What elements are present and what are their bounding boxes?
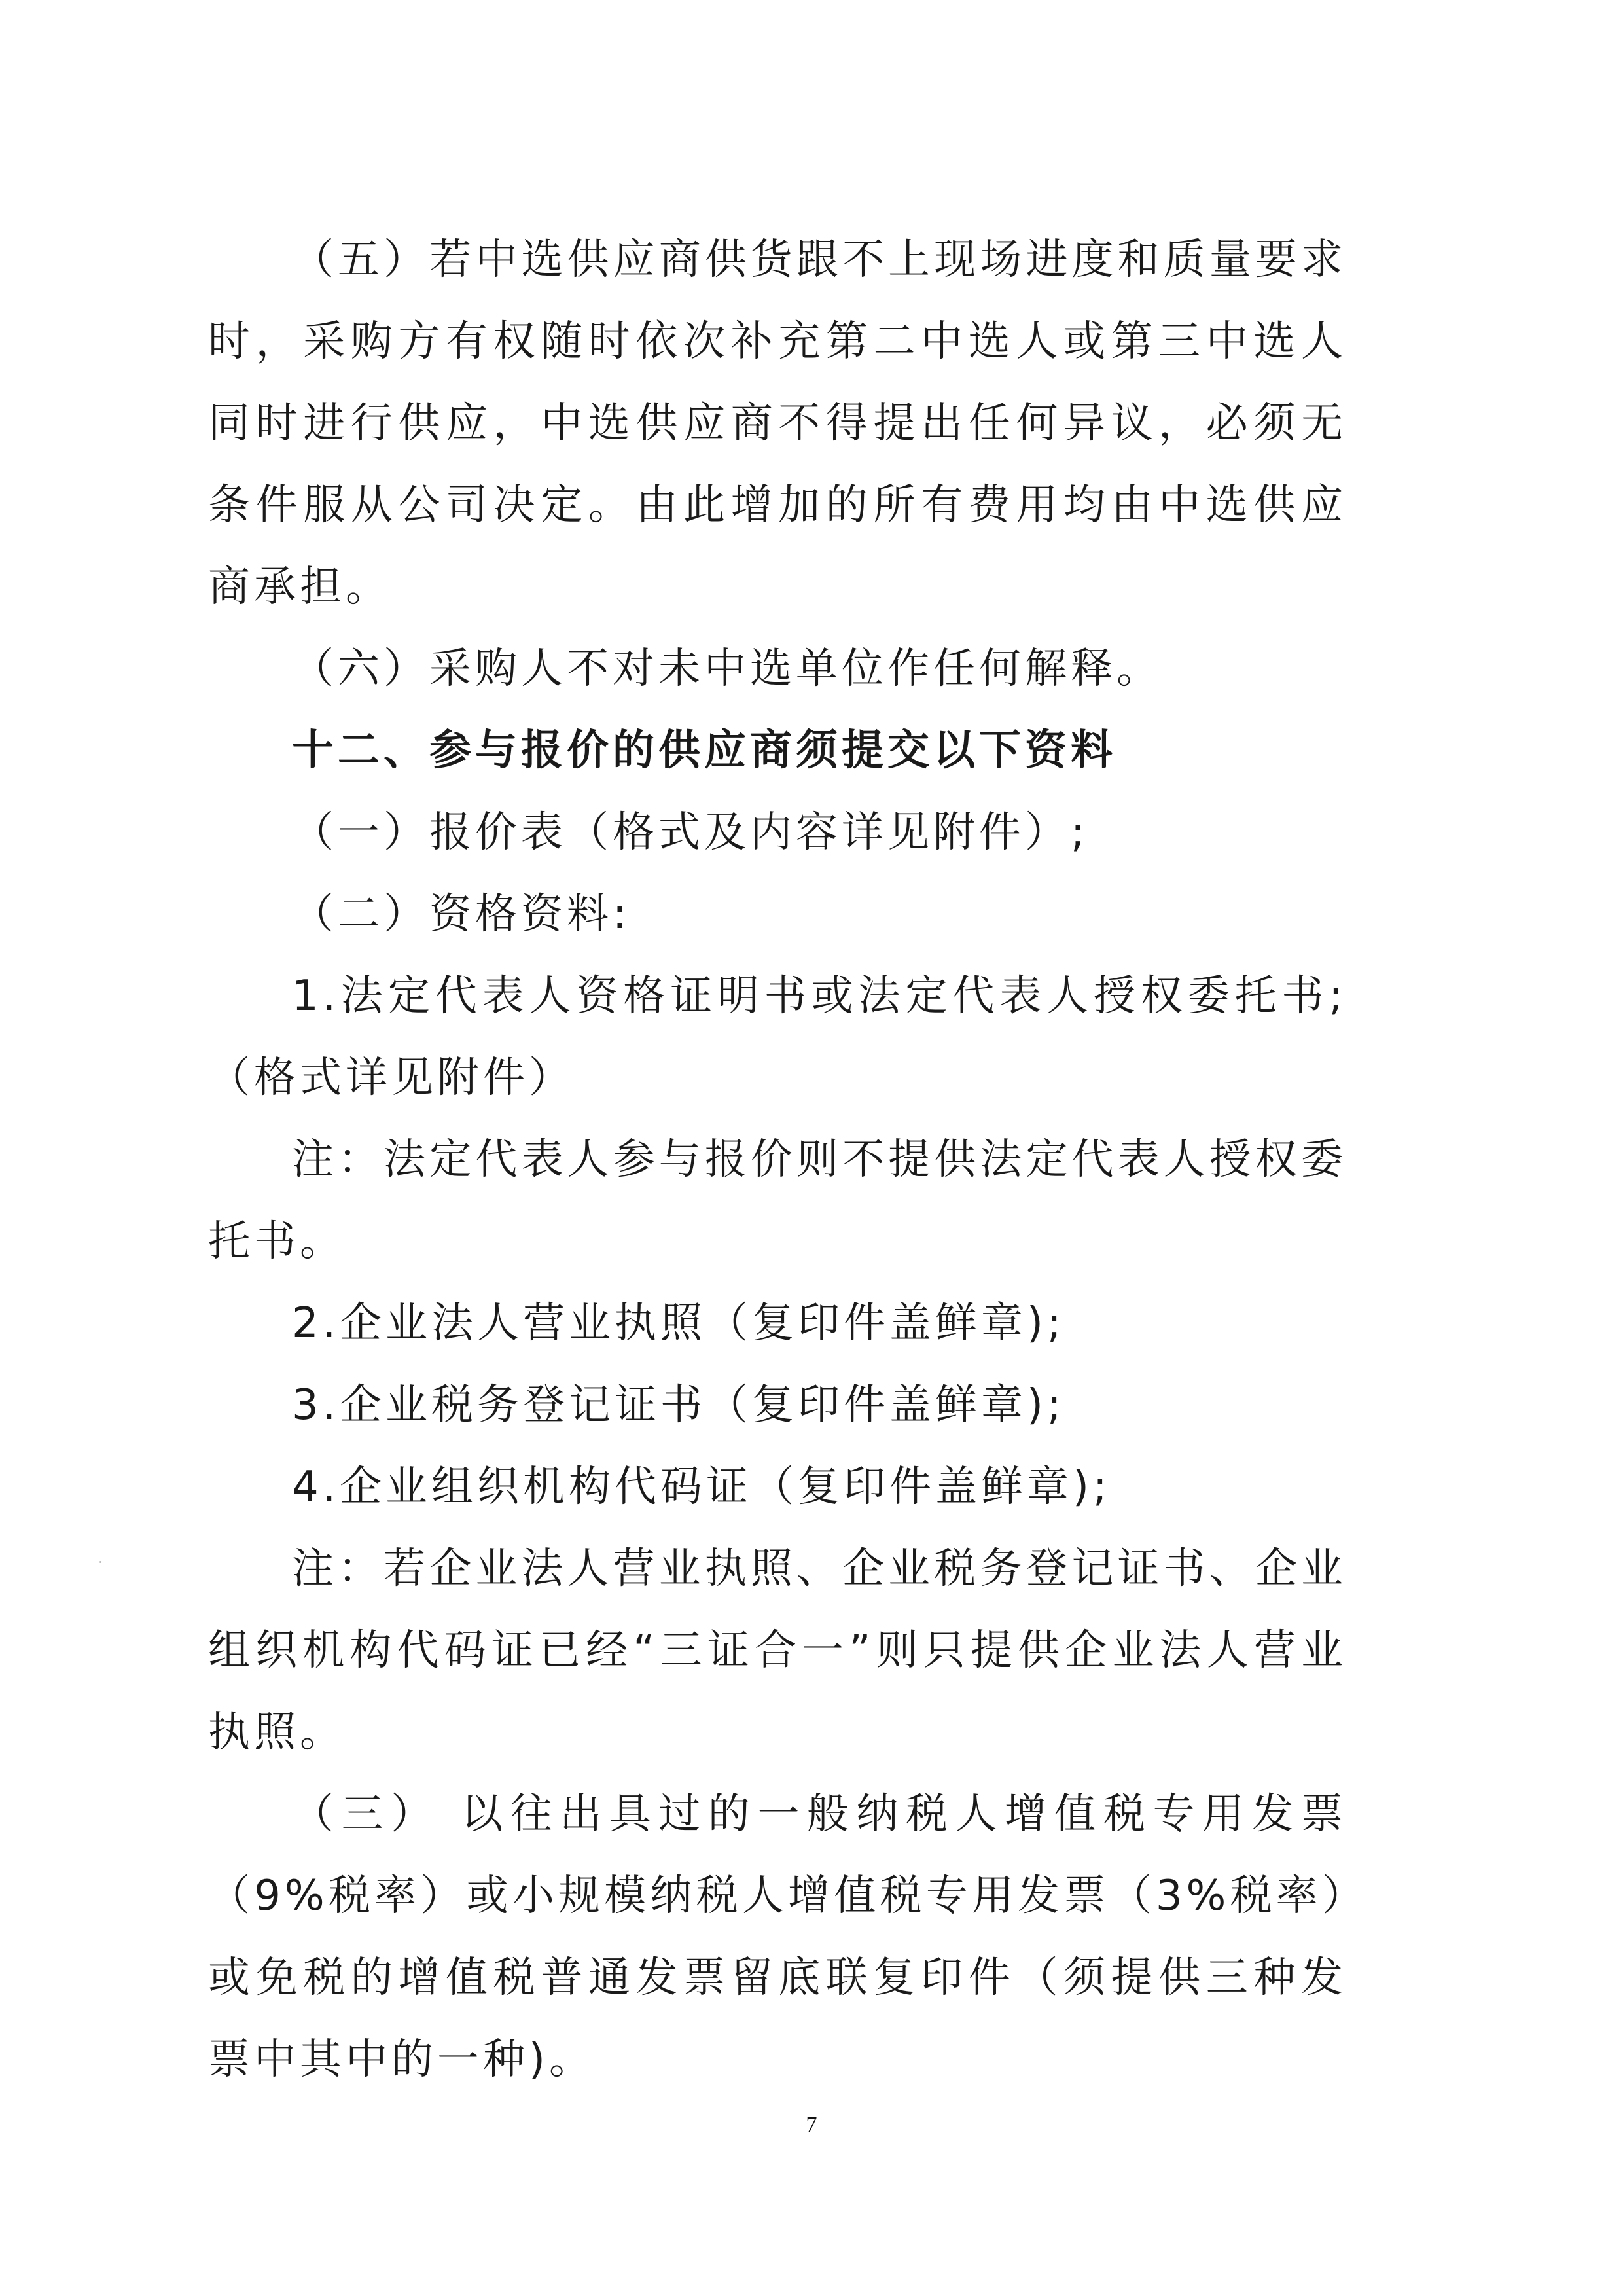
page-number: 7	[0, 2113, 1623, 2138]
paragraph-item-5: （五）若中选供应商供货跟不上现场进度和质量要求时，采购方有权随时依次补充第二中选…	[208, 219, 1347, 628]
note-1: 注：法定代表人参与报价则不提供法定代表人授权委托书。	[208, 1119, 1347, 1283]
list-item-3: 3.企业税务登记证书（复印件盖鲜章);	[208, 1365, 1347, 1446]
subsection-quote-table: （一）报价表（格式及内容详见附件）;	[208, 792, 1347, 874]
note-2: 注：若企业法人营业执照、企业税务登记证书、企业组织机构代码证已经“三证合一”则只…	[208, 1528, 1347, 1774]
list-item-1: 1.法定代表人资格证明书或法定代表人授权委托书;（格式详见附件）	[208, 956, 1347, 1119]
subsection-invoice: （三） 以往出具过的一般纳税人增值税专用发票（9%税率）或小规模纳税人增值税专用…	[208, 1774, 1347, 2101]
document-body: （五）若中选供应商供货跟不上现场进度和质量要求时，采购方有权随时依次补充第二中选…	[208, 219, 1347, 2101]
section-heading-12: 十二、参与报价的供应商须提交以下资料	[208, 710, 1347, 792]
list-item-2: 2.企业法人营业执照（复印件盖鲜章);	[208, 1283, 1347, 1365]
list-item-4: 4.企业组织机构代码证（复印件盖鲜章);	[208, 1446, 1347, 1528]
document-page: （五）若中选供应商供货跟不上现场进度和质量要求时，采购方有权随时依次补充第二中选…	[0, 0, 1623, 2296]
scan-artifact	[99, 1561, 101, 1563]
subsection-qualification: （二）资格资料:	[208, 874, 1347, 956]
paragraph-item-6: （六）采购人不对未中选单位作任何解释。	[208, 628, 1347, 710]
